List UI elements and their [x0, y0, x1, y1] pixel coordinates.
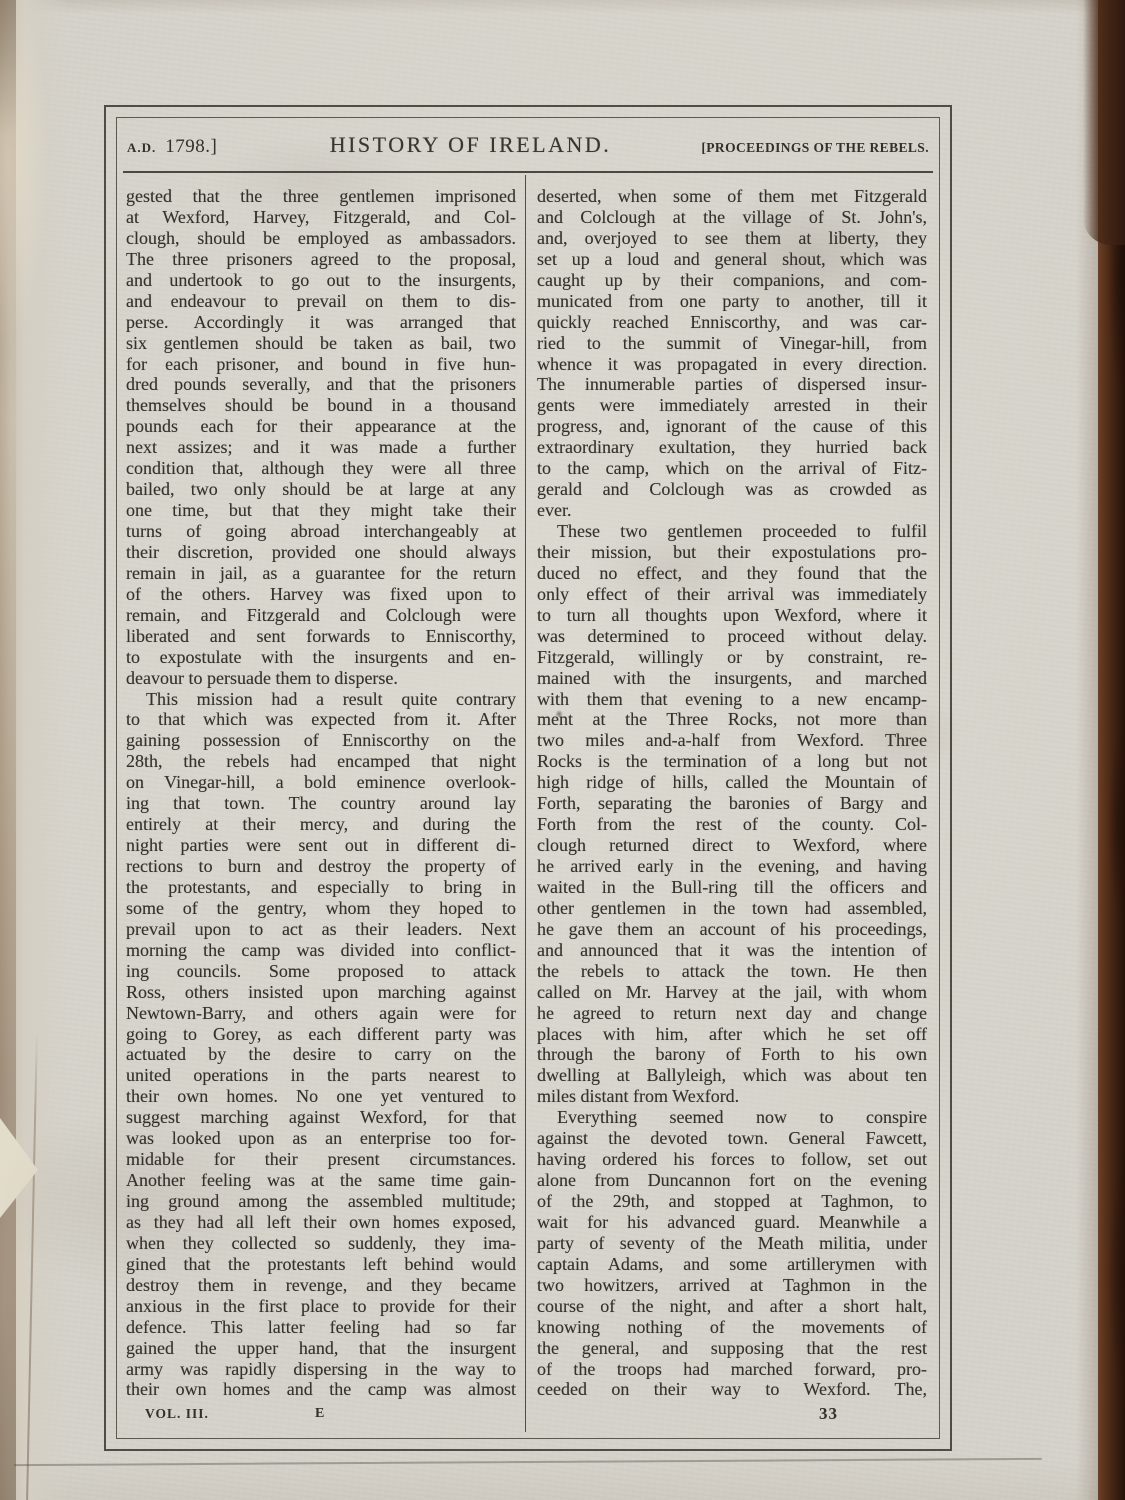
text-line: ing councils. Some proposed to attack [126, 961, 516, 982]
text-line: gents were immediately arrested in their [537, 395, 927, 416]
text-line: mained with the insurgents, and marched [537, 668, 927, 689]
text-line: The three prisoners agreed to the propos… [126, 249, 516, 270]
era-label: A.D. [127, 140, 156, 155]
text-line: having ordered his forces to follow, set… [537, 1149, 927, 1170]
text-line: when they collected so suddenly, they im… [126, 1233, 516, 1254]
page-frame-inner: A.D. 1798.] HISTORY OF IRELAND. [PROCEED… [116, 117, 940, 1439]
text-line: set up a loud and general shout, which w… [537, 249, 927, 270]
text-line: This mission had a result quite contrary [126, 689, 516, 710]
text-line: and, overjoyed to see them at liberty, t… [537, 228, 927, 249]
text-line: Forth from the rest of the county. Col- [537, 814, 927, 835]
text-line: to the camp, which on the arrival of Fit… [537, 458, 927, 479]
text-line: caught up by their companions, and com- [537, 270, 927, 291]
text-line: high ridge of hills, called the Mountain… [537, 772, 927, 793]
text-line: gined that the protestants left behind w… [126, 1254, 516, 1275]
text-line: remain, and Fitzgerald and Colclough wer… [126, 605, 516, 626]
text-line: perse. Accordingly it was arranged that [126, 312, 516, 333]
text-line: and endeavour to prevail on them to dis- [126, 291, 516, 312]
text-line: progress, and, ignorant of the cause of … [537, 416, 927, 437]
page-number: 33 [819, 1404, 838, 1424]
text-line: places with him, after which he set off [537, 1024, 927, 1045]
text-line: Another feeling was at the same time gai… [126, 1170, 516, 1191]
text-line: against the devoted town. General Fawcet… [537, 1128, 927, 1149]
text-line: destroy them in revenge, and they became [126, 1275, 516, 1296]
text-line: and Colclough at the village of St. John… [537, 207, 927, 228]
text-line: bailed, two only should be at large at a… [126, 479, 516, 500]
text-line: ceeded on their way to Wexford. The, [537, 1379, 927, 1400]
text-line: 28th, the rebels had encamped that night [126, 751, 516, 772]
text-line: was determined to proceed without delay. [537, 626, 927, 647]
text-line: ing ground among the assembled multitude… [126, 1191, 516, 1212]
text-line: miles distant from Wexford. [537, 1086, 927, 1107]
text-line: liberated and sent forwards to Enniscort… [126, 626, 516, 647]
text-line: their mission, but their expostulations … [537, 542, 927, 563]
text-line: and announced that it was the intention … [537, 940, 927, 961]
text-line: gaining possession of Enniscorthy on the [126, 730, 516, 751]
text-line: municated from one party to another, til… [537, 291, 927, 312]
text-line: ing that town. The country around lay [126, 793, 516, 814]
text-line: deserted, when some of them met Fitzgera… [537, 186, 927, 207]
text-line: going to Gorey, as each different party … [126, 1024, 516, 1045]
text-line: course of the night, and after a short h… [537, 1296, 927, 1317]
text-line: he agreed to return next day and change [537, 1003, 927, 1024]
text-line: called on Mr. Harvey at the jail, with w… [537, 982, 927, 1003]
text-line: two howitzers, arrived at Taghmon in the [537, 1275, 927, 1296]
text-line: clough returned direct to Wexford, where [537, 835, 927, 856]
volume-label: VOL. III. [145, 1406, 209, 1422]
text-line: for each prisoner, and bound in five hun… [126, 354, 516, 375]
text-line: army was rapidly dispersing in the way t… [126, 1359, 516, 1380]
page-title: HISTORY OF IRELAND. [297, 132, 644, 158]
column-divider-rule [525, 175, 526, 1432]
text-line: of the troops had marched forward, pro- [537, 1359, 927, 1380]
text-line: to turn all thoughts upon Wexford, where… [537, 605, 927, 626]
text-line: dred pounds severally, and that the pris… [126, 374, 516, 395]
text-line: the protestants, and especially to bring… [126, 877, 516, 898]
page-frame-outer: A.D. 1798.] HISTORY OF IRELAND. [PROCEED… [104, 105, 952, 1451]
running-head: [PROCEEDINGS OF THE REBELS. [644, 140, 929, 156]
text-line: gested that the three gentlemen imprison… [126, 186, 516, 207]
text-line: their discretion, provided one should al… [126, 542, 516, 563]
text-line: Ross, others insisted upon marching agai… [126, 982, 516, 1003]
text-line: other gentlemen in the town had assemble… [537, 898, 927, 919]
text-line: Newtown-Barry, and others again were for [126, 1003, 516, 1024]
text-line: waited in the Bull-ring till the officer… [537, 877, 927, 898]
text-line: quickly reached Enniscorthy, and was car… [537, 312, 927, 333]
text-line: alone from Duncannon fort on the evening [537, 1170, 927, 1191]
text-line: to that which was expected from it. Afte… [126, 709, 516, 730]
text-line: their own homes and the camp was almost [126, 1379, 516, 1400]
text-line: ment at the Three Rocks, not more than [537, 709, 927, 730]
text-line: ried to the summit of Vinegar-hill, from [537, 333, 927, 354]
text-line: captain Adams, and some artillerymen wit… [537, 1254, 927, 1275]
text-line: six gentlemen should be taken as bail, t… [126, 333, 516, 354]
text-line: only effect of their arrival was immedia… [537, 584, 927, 605]
text-line: morning the camp was divided into confli… [126, 940, 516, 961]
text-line: Forth, separating the baronies of Bargy … [537, 793, 927, 814]
text-line: turns of going abroad interchangeably at [126, 521, 516, 542]
text-line: anxious in the first place to provide fo… [126, 1296, 516, 1317]
text-line: one time, but that they might take their [126, 500, 516, 521]
text-line: of the others. Harvey was fixed upon to [126, 584, 516, 605]
text-line: actuated by the desire to carry on the [126, 1044, 516, 1065]
text-line: remain in jail, as a guarantee for the r… [126, 563, 516, 584]
right-column: deserted, when some of them met Fitzgera… [525, 186, 934, 1400]
date-marginal: A.D. 1798.] [127, 136, 297, 158]
text-line: pounds each for their appearance at the [126, 416, 516, 437]
text-line: duced no effect, and they found that the [537, 563, 927, 584]
page-header: A.D. 1798.] HISTORY OF IRELAND. [PROCEED… [117, 118, 939, 169]
text-line: extraordinary exultation, they hurried b… [537, 437, 927, 458]
text-line: the rebels to attack the town. He then [537, 961, 927, 982]
text-line: clough, should be employed as ambassador… [126, 228, 516, 249]
text-line: on Vinegar-hill, a bold eminence overloo… [126, 772, 516, 793]
text-line: ever. [537, 500, 927, 521]
text-line: Fitzgerald, willingly or by constraint, … [537, 647, 927, 668]
text-line: prevail upon to act as their leaders. Ne… [126, 919, 516, 940]
text-line: some of the gentry, whom they hoped to [126, 898, 516, 919]
text-line: he gave them an account of his proceedin… [537, 919, 927, 940]
text-line: whence it was propagated in every direct… [537, 354, 927, 375]
text-line: through the barony of Forth to his own [537, 1044, 927, 1065]
text-line: as they had all left their own homes exp… [126, 1212, 516, 1233]
text-line: deavour to persuade them to disperse. [126, 668, 516, 689]
text-line: suggest marching against Wexford, for th… [126, 1107, 516, 1128]
text-line: to expostulate with the insurgents and e… [126, 647, 516, 668]
text-line: Rocks is the termination of a long but n… [537, 751, 927, 772]
text-line: with them that evening to a new encamp- [537, 689, 927, 710]
text-line: night parties were sent out in different… [126, 835, 516, 856]
text-line: midable for their present circumstances. [126, 1149, 516, 1170]
text-line: of the 29th, and stopped at Taghmon, to [537, 1191, 927, 1212]
text-line: Everything seemed now to conspire [537, 1107, 927, 1128]
text-line: united operations in the parts nearest t… [126, 1065, 516, 1086]
text-line: wait for his advanced guard. Meanwhile a [537, 1212, 927, 1233]
signature-mark: E [315, 1406, 324, 1422]
text-line: he arrived early in the evening, and hav… [537, 856, 927, 877]
text-line: dwelling at Ballyleigh, which was about … [537, 1065, 927, 1086]
page-footer: VOL. III. E 33 [117, 1404, 939, 1434]
text-line: two miles and-a-half from Wexford. Three [537, 730, 927, 751]
text-line: condition that, although they were all t… [126, 458, 516, 479]
text-line: gerald and Colclough was as crowded as [537, 479, 927, 500]
text-line: defence. This latter feeling had so far [126, 1317, 516, 1338]
text-line: entirely at their mercy, and during the [126, 814, 516, 835]
text-line: The innumerable parties of dispersed ins… [537, 374, 927, 395]
text-line: gained the upper hand, that the insurgen… [126, 1338, 516, 1359]
text-line: party of seventy of the Meath militia, u… [537, 1233, 927, 1254]
text-line: their own homes. No one yet ventured to [126, 1086, 516, 1107]
text-line: knowing nothing of the movements of [537, 1317, 927, 1338]
text-line: These two gentlemen proceeded to fulfil [537, 521, 927, 542]
year-label: 1798.] [165, 136, 217, 157]
text-line: and undertook to go out to the insurgent… [126, 270, 516, 291]
text-columns: gested that the three gentlemen imprison… [117, 173, 939, 1400]
text-line: rections to burn and destroy the propert… [126, 856, 516, 877]
text-line: themselves should be bound in a thousand [126, 395, 516, 416]
text-line: next assizes; and it was made a further [126, 437, 516, 458]
text-line: at Wexford, Harvey, Fitzgerald, and Col- [126, 207, 516, 228]
text-line: was looked upon as an enterprise too for… [126, 1128, 516, 1149]
text-line: the general, and supposing that the rest [537, 1338, 927, 1359]
left-column: gested that the three gentlemen imprison… [117, 186, 525, 1400]
